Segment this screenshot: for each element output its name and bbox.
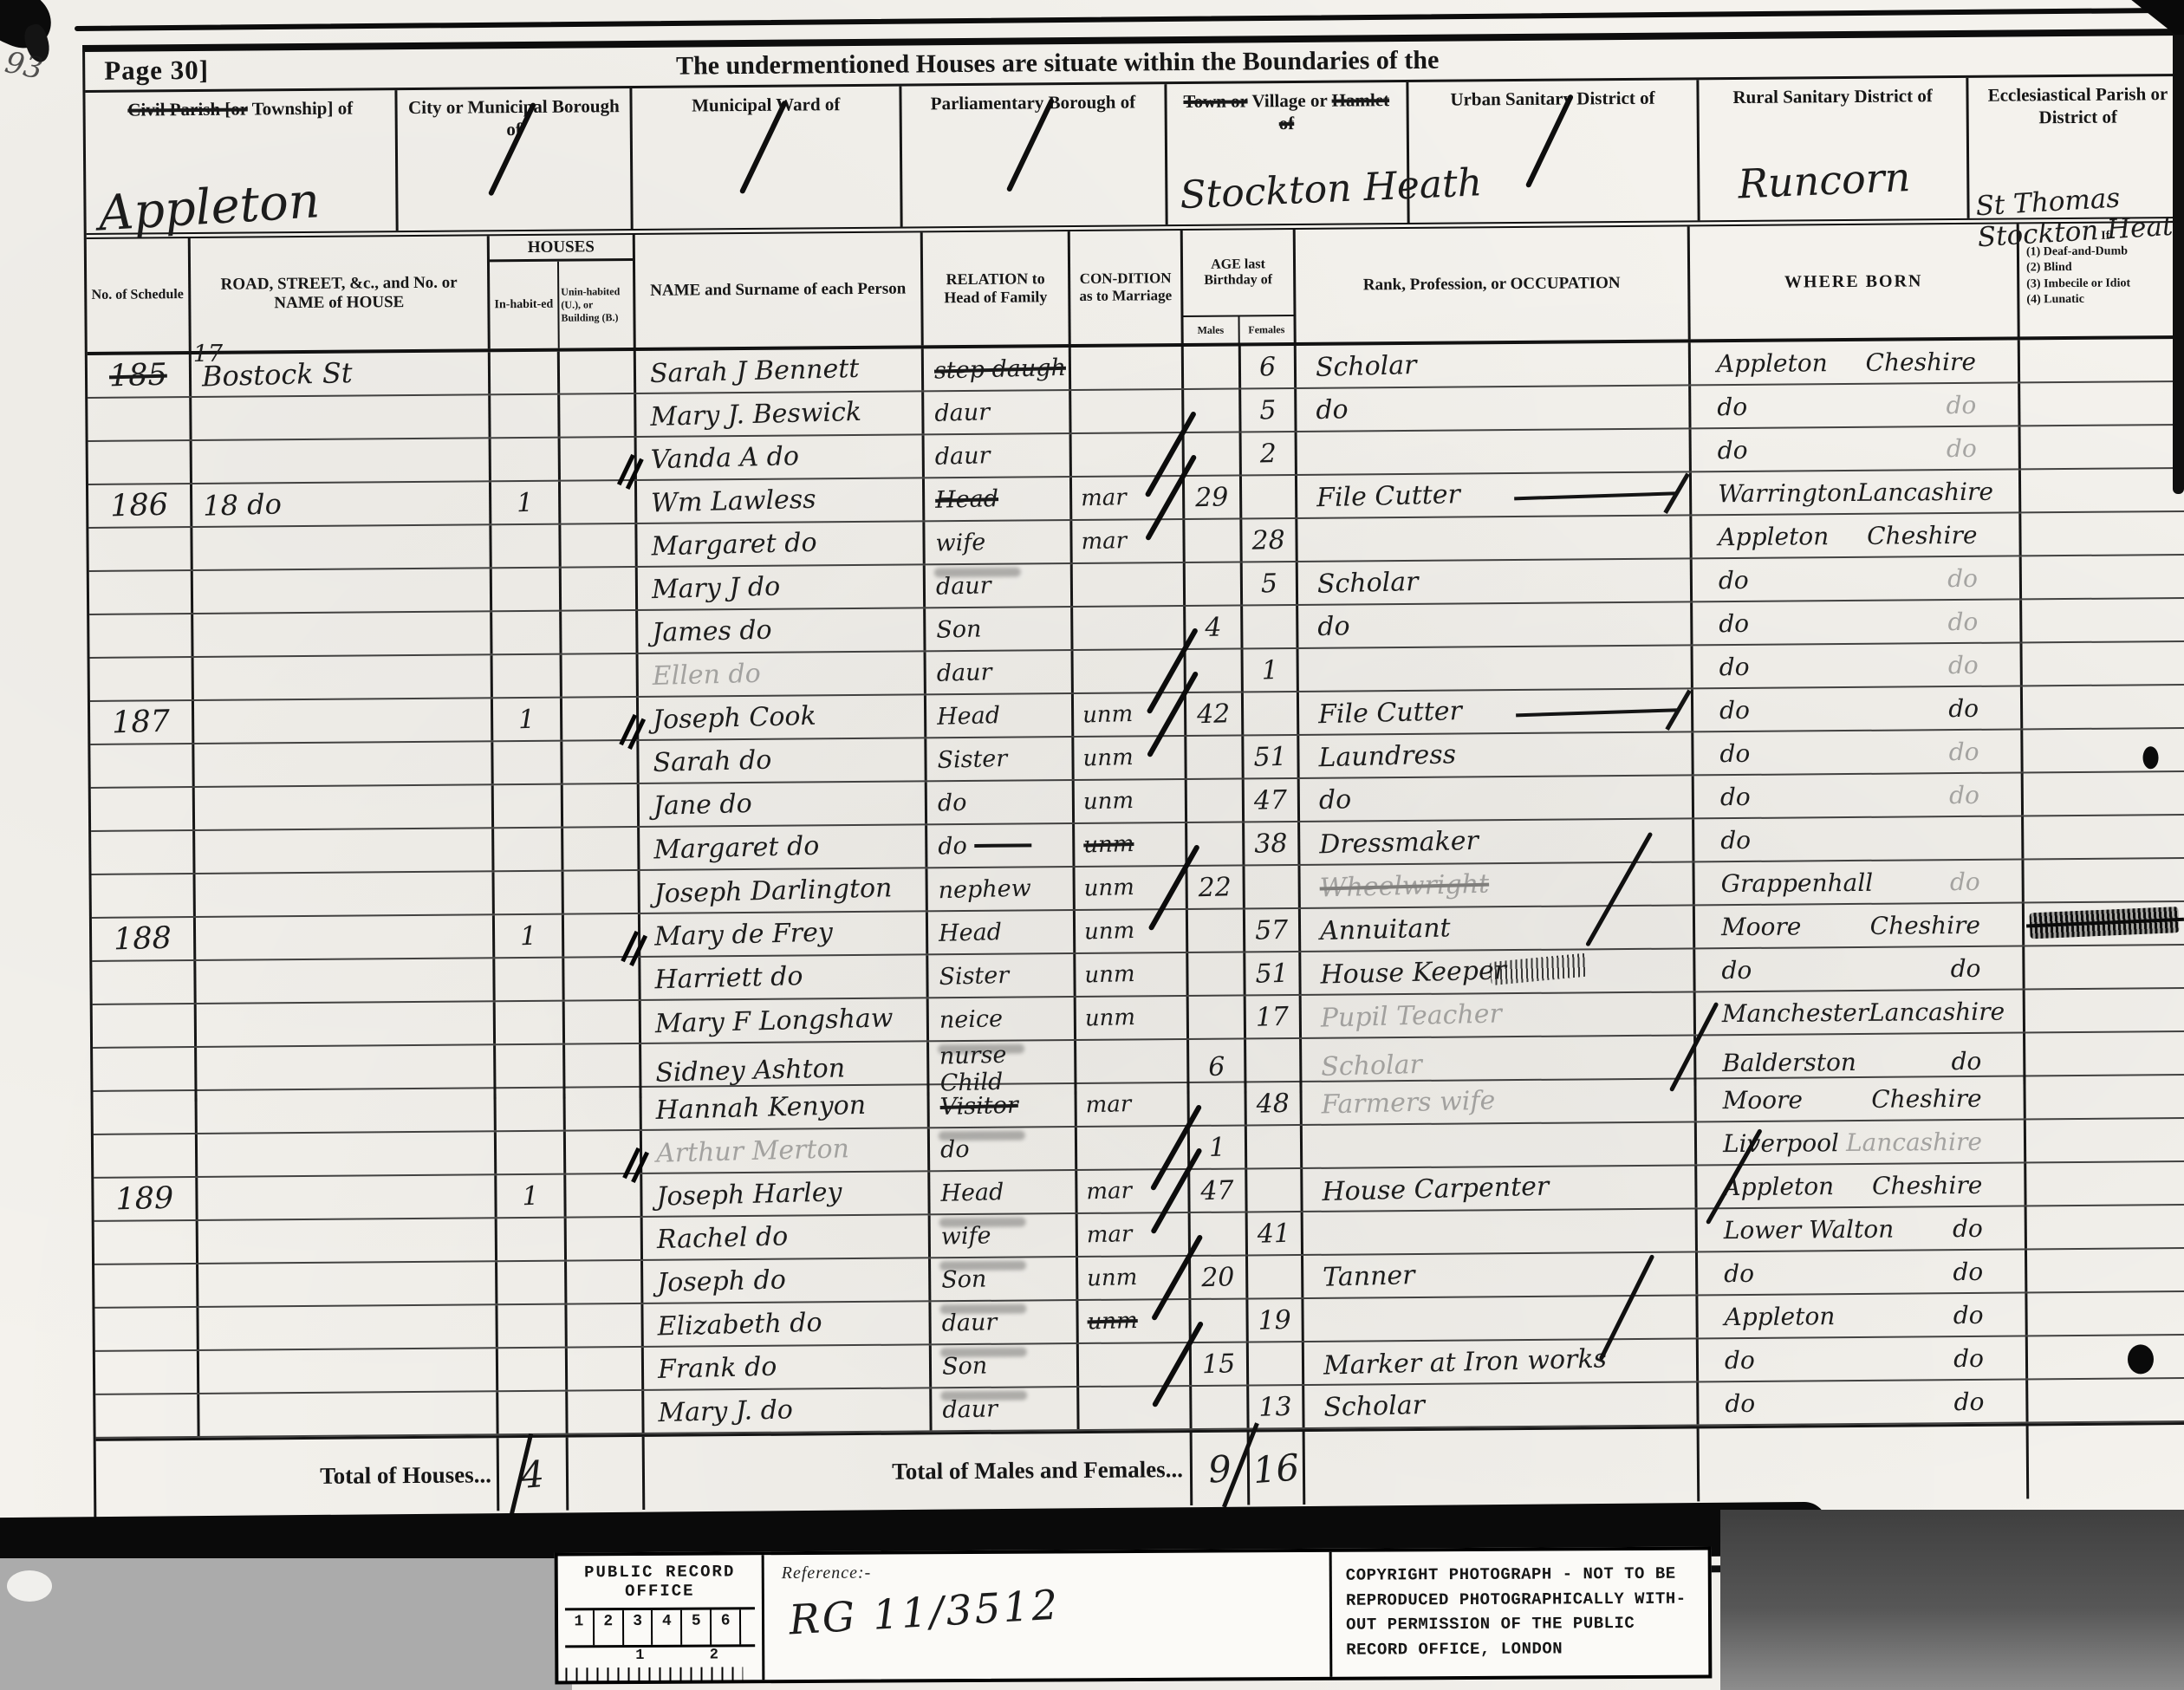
handwritten-occupation: do (1317, 611, 1350, 642)
cell-infirmity (2028, 1379, 2184, 1422)
struck-out-entry (2029, 907, 2179, 939)
cell-born: dodo (1692, 426, 2021, 471)
cell-schedule: 189 (94, 1178, 198, 1220)
cell-age-f: 47 (1245, 779, 1300, 822)
cell-age-m (1186, 563, 1243, 606)
cell-age-f (1247, 1169, 1303, 1212)
cell-name: Mary F Longshaw (641, 998, 929, 1043)
born-county: Cheshire (1870, 910, 1981, 939)
cell-schedule (90, 744, 194, 787)
cell-condition (1079, 1387, 1192, 1429)
cell-road (193, 569, 492, 613)
ink-blot (2128, 1344, 2154, 1374)
cell-infirmity (2021, 426, 2184, 469)
cell-uninhabited (565, 1088, 641, 1130)
cell-relation: nephew (927, 868, 1075, 910)
cell-road (194, 699, 493, 743)
boundary-cell-3: Municipal Ward of (633, 87, 903, 229)
born-county: Cheshire (1872, 1170, 1983, 1199)
born-place: do (1724, 1258, 1754, 1287)
handwritten-name: Mary F Longshaw (654, 1003, 893, 1039)
cell-age-f (1247, 1126, 1303, 1168)
copyright-line: OUT PERMISSION OF THE PUBLIC (1346, 1611, 1701, 1638)
cell-occupation (1303, 1122, 1697, 1167)
cell-age-f: 6 (1241, 346, 1297, 388)
boundary-handwritten-value: St Thomas Stockton Heath (1975, 179, 2184, 253)
boundary-label-text: Ecclesiastical Parish or District of (1988, 83, 2168, 127)
cell-occupation: Tanner (1303, 1252, 1698, 1297)
born-county: do (1947, 433, 1977, 462)
handwritten-name: Elizabeth do (657, 1307, 822, 1342)
handwritten-age-f: 1 (1261, 655, 1278, 686)
handwritten-relation: Head (939, 919, 1003, 947)
cell-age-m (1186, 736, 1244, 778)
census-scan: 93 Page 30] The undermentioned Houses ar… (0, 0, 2184, 1690)
cell-age-f: 51 (1245, 952, 1301, 995)
cell-road (197, 1002, 496, 1046)
born-place: do (1719, 608, 1749, 637)
handwritten-name: Sarah do (653, 744, 772, 777)
cell-schedule (92, 961, 196, 1004)
cell-age-m: 22 (1187, 866, 1245, 908)
handwritten-age-m: 42 (1197, 699, 1231, 730)
column-header-males: Males (1184, 317, 1240, 344)
pen-stroke (974, 843, 1031, 848)
handwritten-condition: mar (1081, 528, 1127, 555)
ink-blot (2142, 746, 2158, 769)
boundary-label-text: Parliamentary Borough of (931, 91, 1136, 114)
handwritten-age-f: 28 (1251, 524, 1285, 556)
handwritten-condition: unm (1084, 961, 1135, 988)
born-place: Liverpool (1723, 1128, 1839, 1158)
cell-infirmity (2026, 1119, 2184, 1162)
cell-age-f (1245, 866, 1300, 908)
cell-name: Margaret do (640, 825, 927, 869)
cell-infirmity (2023, 729, 2184, 772)
cell-condition: unm (1076, 997, 1189, 1039)
handwritten-age-f: 51 (1255, 958, 1289, 989)
boundary-handwritten-value: Appleton (97, 172, 322, 242)
handwritten-condition: unm (1087, 1308, 1138, 1335)
ruler-cm-cell: 2 (595, 1610, 624, 1645)
cell-born: dodo (1699, 1380, 2028, 1424)
handwritten-relation: Visitor (939, 1091, 1018, 1120)
cell-schedule (95, 1351, 199, 1394)
photo-mount-dark-area (1720, 1510, 2184, 1690)
cell-uninhabited (560, 394, 636, 437)
cell-infirmity (2028, 1336, 2184, 1379)
born-county: do (1953, 1387, 1984, 1415)
cell-schedule (90, 658, 194, 700)
handwritten-occupation: Wheelwright (1319, 868, 1489, 903)
handwritten-name: Mary J do (652, 571, 781, 605)
cell-condition: unm (1075, 780, 1187, 822)
cell-born: dodo (1695, 946, 2025, 991)
handwritten-age-m: 6 (1208, 1051, 1225, 1082)
handwritten-schedule: 187 (112, 705, 171, 741)
boundary-label: Ecclesiastical Parish or District of (1968, 76, 2184, 129)
cell-occupation: Scholar (1298, 559, 1693, 604)
cell-occupation: File Cutter (1297, 472, 1692, 517)
total-houses-label: Total of Houses... (320, 1461, 491, 1490)
handwritten-relation: step daugh (934, 354, 1067, 384)
born-place: Appleton (1724, 1302, 1835, 1331)
cell-inhabited (494, 785, 563, 828)
cell-name: Mary de Frey (640, 912, 928, 956)
cell-born: AppletonCheshire (1691, 340, 2020, 384)
cell-born: Grappenhalldo (1694, 860, 2024, 904)
cell-age-f (1248, 1256, 1303, 1298)
cell-schedule: 187 (90, 701, 194, 744)
handwritten-schedule: 188 (114, 921, 172, 958)
photo-mount-highlight (7, 1570, 52, 1602)
cell-born: dodo (1693, 686, 2023, 731)
handwritten-schedule: 185 (109, 358, 168, 394)
handwritten-occupation: Marker at Iron works (1323, 1343, 1608, 1381)
cell-inhabited (493, 655, 562, 698)
handwritten-relation: Head (935, 485, 999, 514)
cell-road (199, 1392, 498, 1436)
boundary-cell-1: Civil Parish [or Township] ofAppleton (85, 90, 399, 233)
handwritten-relation: Sister (937, 744, 1007, 773)
cell-inhabited (498, 1392, 568, 1434)
cell-relation: Head (928, 911, 1076, 953)
cell-occupation: House Carpenter (1303, 1166, 1697, 1211)
born-place: do (1719, 652, 1750, 680)
cell-age-m: 15 (1192, 1342, 1249, 1385)
cell-infirmity (2027, 1292, 2184, 1336)
boundary-label: Parliamentary Borough of (901, 84, 1164, 115)
cell-inhabited (491, 439, 561, 481)
cell-inhabited: 1 (495, 915, 564, 958)
handwritten-age-m: 20 (1201, 1262, 1235, 1293)
reference-number: RG 11/3512 (763, 1575, 1061, 1647)
handwritten-relation: daur (934, 442, 990, 471)
born-place: Manchester (1722, 998, 1869, 1027)
handwritten-name: Rachel do (656, 1221, 788, 1255)
infirmity-line: (4) Lunatic (2026, 292, 2084, 309)
ruler-cm-cell: 1 (565, 1610, 595, 1645)
cell-age-m (1188, 909, 1245, 952)
cell-uninhabited (568, 1391, 644, 1433)
cell-schedule (94, 1264, 198, 1307)
cell-relation: do (927, 781, 1075, 823)
cell-uninhabited (562, 654, 639, 697)
ruler-centimeters: 123456 (565, 1607, 755, 1648)
cell-age-f: 1 (1244, 649, 1299, 692)
cell-name: Harriett do (640, 955, 928, 999)
handwritten-age-f: 6 (1258, 352, 1276, 382)
cell-relation: wife (931, 1214, 1078, 1257)
cell-born: AppletonCheshire (1697, 1163, 2026, 1207)
column-header-inhabited: In-habit-ed (490, 262, 560, 349)
cell-name: Hannah Kenyon (641, 1085, 929, 1129)
cell-condition (1073, 607, 1186, 649)
born-place: do (1719, 565, 1749, 594)
cell-inhabited (497, 1262, 567, 1304)
total-females-cell: 16 (1250, 1432, 1306, 1505)
copyright-line: RECORD OFFICE, LONDON (1346, 1635, 1701, 1662)
cell-born: ManchesterLancashire (1696, 990, 2025, 1034)
column-header-condition: CON-DITION as to Marriage (1070, 231, 1184, 344)
handwritten-schedule: 189 (115, 1181, 174, 1218)
cell-uninhabited (564, 871, 640, 913)
handwritten-name: Wm Lawless (651, 484, 816, 518)
cell-condition (1077, 1127, 1190, 1169)
pro-stamp: PUBLIC RECORD OFFICE 123456 1 2 Referenc… (555, 1547, 1713, 1685)
handwritten-relation: daur (941, 1309, 997, 1337)
cell-infirmity (2024, 859, 2184, 902)
handwritten-relation: neice (939, 1005, 1003, 1034)
copyright-line: COPYRIGHT PHOTOGRAPH - NOT TO BE (1346, 1562, 1701, 1589)
ruler-cm-cell: 4 (653, 1610, 682, 1645)
cell-inhabited: 1 (497, 1175, 566, 1218)
born-place: do (1725, 1345, 1755, 1374)
cell-road (195, 785, 494, 829)
ruler-cm-cell: 6 (712, 1609, 741, 1644)
column-header-uninhabited: Unin-habited (U.), or Building (B.) (559, 261, 634, 348)
cell-occupation: File Cutter (1299, 689, 1693, 734)
handwritten-condition: unm (1083, 788, 1134, 815)
handwritten-occupation: Scholar (1323, 1389, 1425, 1422)
copyright-line: REPRODUCED PHOTOGRAPHICALLY WITH- (1346, 1586, 1701, 1613)
cell-occupation (1297, 516, 1692, 561)
cell-relation: Son (932, 1344, 1079, 1387)
cell-born: Appletondo (1698, 1293, 2027, 1337)
cell-road (196, 915, 495, 959)
cell-relation: do (927, 824, 1075, 867)
cell-born: dodo (1693, 600, 2022, 644)
boundary-label-text: Municipal Ward of (692, 94, 840, 115)
pen-stroke (1514, 491, 1677, 500)
handwritten-name: Jane do (653, 788, 752, 821)
houses-subheaders: In-habit-ed Unin-habited (U.), or Buildi… (490, 261, 634, 348)
column-header-name: NAME and Surname of each Person (635, 232, 924, 348)
cell-infirmity (2025, 1076, 2184, 1119)
cell-age-m (1184, 347, 1241, 389)
cell-name: Sarah J Bennett (636, 348, 924, 393)
cell-road (198, 1219, 497, 1263)
empty-cell (2029, 1425, 2184, 1499)
cell-road (199, 1349, 498, 1393)
boundary-label-text: Rural Sanitary District of (1732, 85, 1933, 107)
born-county: Lancashire (1846, 1127, 1982, 1156)
handwritten-age-f: 5 (1260, 569, 1277, 599)
cell-condition: unm (1074, 737, 1186, 779)
cell-uninhabited (563, 784, 640, 827)
cell-uninhabited (563, 828, 640, 870)
cell-age-f: 5 (1243, 562, 1298, 605)
handwritten-condition: unm (1084, 1004, 1135, 1031)
cell-schedule (93, 1004, 197, 1047)
born-place: do (1720, 782, 1751, 810)
cell-relation: neice (929, 998, 1076, 1040)
cell-born: dodo (1693, 730, 2023, 774)
cell-age-m: 47 (1190, 1169, 1247, 1212)
handwritten-inhabited: 1 (518, 704, 536, 734)
cell-age-f: 5 (1241, 389, 1297, 432)
cell-relation: Head (926, 694, 1074, 737)
cell-road (193, 612, 492, 656)
handwritten-age-m: 22 (1199, 872, 1232, 903)
cell-name: Mary J. Beswick (636, 392, 924, 436)
column-header-age: AGE last Birthday of (1183, 230, 1294, 317)
cell-inhabited (496, 1002, 565, 1044)
cell-occupation: Marker at Iron works (1304, 1339, 1699, 1384)
cell-name: Vanda A do (637, 435, 925, 479)
cell-schedule: 186 (88, 484, 192, 527)
boundary-label-text: Civil Parish [or (127, 99, 248, 120)
cell-relation: step daugh (924, 348, 1071, 390)
cell-relation: Son (931, 1258, 1078, 1300)
pro-stamp-reference-section: Reference:- RG 11/3512 (764, 1552, 1333, 1680)
cell-born: dodo (1691, 383, 2020, 427)
handwritten-relation: nephew (938, 874, 1031, 904)
handwritten-condition: unm (1083, 831, 1134, 858)
handwritten-relation: Son (941, 1265, 987, 1293)
cell-age-m: 29 (1185, 477, 1242, 519)
cell-occupation (1299, 646, 1693, 691)
born-county: do (1946, 390, 1976, 419)
cell-condition: unm (1078, 1257, 1191, 1299)
born-place: do (1719, 738, 1750, 767)
cell-schedule (92, 874, 196, 917)
cell-infirmity (2021, 469, 2184, 512)
total-females-value: 16 (1248, 1445, 1304, 1492)
cell-occupation (1297, 429, 1692, 474)
column-header-born: WHERE BORN (1690, 224, 2020, 339)
cell-age-f: 2 (1242, 432, 1297, 475)
cell-road (194, 742, 493, 786)
handwritten-name: Joseph Darlington (653, 873, 893, 909)
handwritten-road: 18 do (203, 487, 283, 522)
handwritten-road: Bostock St (202, 356, 353, 393)
cell-condition: mar (1072, 477, 1185, 519)
cell-relation: Head (925, 478, 1072, 520)
cell-condition (1071, 390, 1184, 432)
born-place: Appleton (1718, 522, 1829, 551)
born-county: do (1951, 1046, 1981, 1075)
born-county: Cheshire (1865, 347, 1976, 376)
boundary-label: Rural Sanitary District of (1700, 78, 1966, 109)
handwritten-condition: unm (1087, 1264, 1138, 1291)
cell-inhabited (495, 872, 564, 914)
cell-uninhabited (567, 1304, 643, 1347)
cell-age-f: 13 (1249, 1386, 1304, 1428)
cell-name: Margaret do (637, 522, 925, 566)
cell-name: Joseph Cook (639, 695, 926, 739)
cell-age-f: 51 (1244, 736, 1299, 778)
cell-inhabited (494, 829, 563, 871)
ruler-inch-label: 1 (635, 1648, 644, 1664)
total-houses-value-cell: 4 (499, 1438, 569, 1511)
handwritten-occupation: Dressmaker (1319, 825, 1479, 860)
cell-inhabited (492, 612, 562, 654)
boundary-label-text: Township] of (248, 98, 354, 120)
cell-name: Mary J do (638, 565, 926, 609)
cell-name: Ellen do (639, 652, 926, 696)
cell-name: Joseph do (643, 1258, 931, 1303)
cell-schedule (88, 528, 192, 570)
cell-condition (1071, 347, 1184, 389)
handwritten-condition: mar (1081, 484, 1127, 511)
cell-inhabited: 1 (493, 699, 562, 741)
cell-name: Rachel do (643, 1215, 931, 1259)
cell-occupation: Scholar (1297, 342, 1691, 387)
cell-infirmity (2020, 339, 2184, 382)
cell-age-f: 48 (1246, 1082, 1302, 1125)
cell-condition: unm (1076, 953, 1188, 996)
handwritten-occupation: File Cutter (1318, 696, 1463, 730)
cell-name: Wm Lawless (637, 478, 925, 523)
cell-born: Lower Waltondo (1698, 1206, 2027, 1251)
cell-born: dodo (1699, 1336, 2028, 1381)
cell-age-f: 41 (1248, 1212, 1303, 1255)
cell-relation: Sister (926, 738, 1074, 780)
cell-relation: Head (930, 1171, 1077, 1213)
cell-infirmity (2027, 1249, 2184, 1292)
handwritten-age-m: 4 (1205, 612, 1222, 642)
total-males-females-label-cell: Total of Males and Females... (645, 1433, 1193, 1510)
born-place: Moore (1722, 1085, 1803, 1115)
cell-condition (1073, 563, 1186, 606)
born-county: Lancashire (1869, 997, 2005, 1026)
cell-age-m: 20 (1191, 1256, 1248, 1298)
cell-schedule (89, 571, 193, 614)
cell-relation: daur (926, 651, 1074, 693)
cell-age-m (1187, 779, 1245, 822)
cell-schedule: 188 (92, 918, 196, 960)
cell-born: dodo (1698, 1250, 2027, 1294)
handwritten-name: Mary de Frey (654, 917, 834, 952)
boundary-label-text: Village or (1247, 90, 1331, 112)
handwritten-name: James do (652, 614, 772, 647)
handwritten-age-f: 2 (1259, 439, 1277, 469)
handwritten-condition: unm (1082, 744, 1134, 771)
pen-stroke (1516, 708, 1679, 717)
cell-road (192, 525, 491, 569)
cell-inhabited (497, 1219, 567, 1261)
cell-schedule (93, 1091, 197, 1134)
cell-relation: daur (926, 564, 1073, 607)
boundary-label: Town or Village or Hamlet of (1167, 82, 1406, 135)
column-header-houses: HOUSES (490, 235, 633, 262)
handwritten-name: Joseph Harley (656, 1177, 842, 1212)
table-body: 185Bostock St17Sarah J Bennettstep daugh… (88, 339, 2184, 1439)
cell-born: dodo (1694, 773, 2024, 817)
cell-road (197, 1089, 496, 1133)
cell-schedule (94, 1308, 198, 1350)
handwritten-relation: Son (942, 1352, 988, 1380)
cell-schedule (89, 614, 193, 657)
handwritten-relation: daur (934, 399, 990, 427)
cell-condition (1074, 650, 1186, 692)
handwritten-occupation: Tanner (1323, 1260, 1415, 1293)
boundary-label: Municipal Ward of (633, 87, 900, 118)
cell-inhabited (491, 352, 560, 394)
empty-cell (1305, 1428, 1700, 1505)
born-county: do (1953, 1300, 1984, 1329)
house-number-note: 17 (193, 341, 224, 367)
boundary-cell-7: Rural Sanitary District ofRuncorn (1700, 78, 1970, 220)
cell-age-f (1244, 692, 1299, 735)
cell-relation: wife (925, 521, 1072, 563)
cell-condition (1072, 433, 1185, 476)
born-place: Balderston (1722, 1047, 1856, 1076)
handwritten-name: Sidney Ashton (655, 1053, 846, 1089)
cell-occupation: Farmers wife (1302, 1079, 1696, 1124)
handwritten-condition: unm (1082, 701, 1134, 728)
